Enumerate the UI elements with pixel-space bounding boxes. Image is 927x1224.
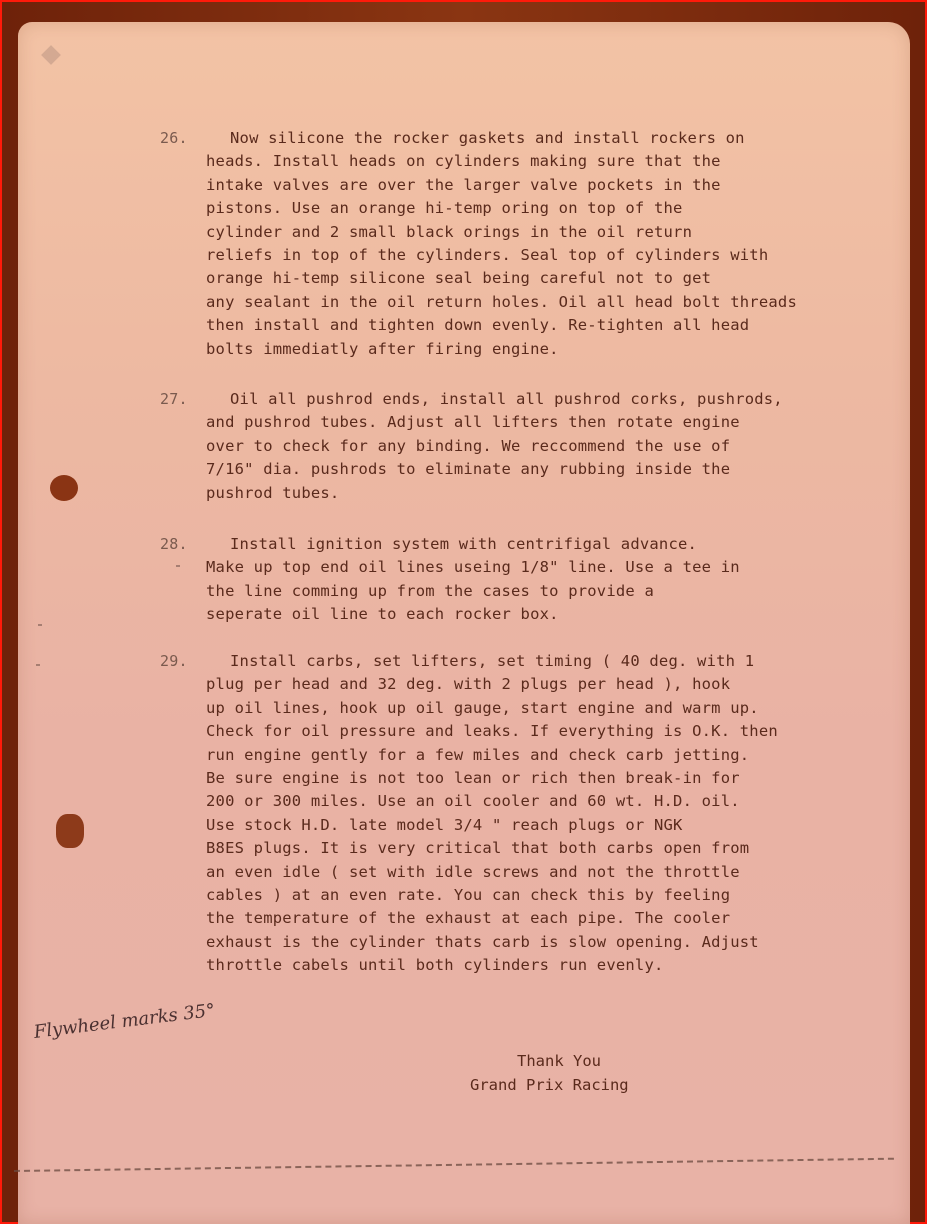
signoff-thanks: Thank You [517, 1052, 601, 1070]
text-line: Be sure engine is not too lean or rich t… [206, 767, 778, 790]
paper-speck [176, 565, 180, 567]
text-line: run engine gently for a few miles and ch… [206, 744, 778, 767]
step-number: 29. [160, 650, 188, 673]
text-line: and pushrod tubes. Adjust all lifters th… [206, 411, 783, 434]
text-line: cables ) at an even rate. You can check … [206, 884, 778, 907]
text-line: an even idle ( set with idle screws and … [206, 861, 778, 884]
text-line: reliefs in top of the cylinders. Seal to… [206, 244, 797, 267]
punch-hole [56, 814, 84, 848]
text-line: any sealant in the oil return holes. Oil… [206, 291, 797, 314]
text-line: intake valves are over the larger valve … [206, 174, 797, 197]
step-text: Now silicone the rocker gaskets and inst… [206, 127, 797, 361]
text-line: Make up top end oil lines useing 1/8" li… [206, 556, 740, 579]
paper-speck [38, 624, 42, 626]
signoff-company: Grand Prix Racing [470, 1076, 629, 1094]
text-line: plug per head and 32 deg. with 2 plugs p… [206, 673, 778, 696]
text-line: Oil all pushrod ends, install all pushro… [206, 388, 783, 411]
step-number: 26. [160, 127, 188, 150]
text-line: orange hi-temp silicone seal being caref… [206, 267, 797, 290]
text-line: Check for oil pressure and leaks. If eve… [206, 720, 778, 743]
text-line: over to check for any binding. We reccom… [206, 435, 783, 458]
text-line: up oil lines, hook up oil gauge, start e… [206, 697, 778, 720]
text-line: B8ES plugs. It is very critical that bot… [206, 837, 778, 860]
text-line: the temperature of the exhaust at each p… [206, 907, 778, 930]
text-line: exhaust is the cylinder thats carb is sl… [206, 931, 778, 954]
text-line: cylinder and 2 small black orings in the… [206, 221, 797, 244]
text-line: 200 or 300 miles. Use an oil cooler and … [206, 790, 778, 813]
step-text: Install carbs, set lifters, set timing (… [206, 650, 778, 978]
step-number: 28. [160, 533, 188, 556]
text-line: Now silicone the rocker gaskets and inst… [206, 127, 797, 150]
text-line: 7/16" dia. pushrods to eliminate any rub… [206, 458, 783, 481]
corner-crease [41, 45, 61, 65]
text-line: seperate oil line to each rocker box. [206, 603, 740, 626]
text-line: Install carbs, set lifters, set timing (… [206, 650, 778, 673]
text-line: throttle cabels until both cylinders run… [206, 954, 778, 977]
step-text: Install ignition system with centrifigal… [206, 533, 740, 627]
text-line: the line comming up from the cases to pr… [206, 580, 740, 603]
text-line: pistons. Use an orange hi-temp oring on … [206, 197, 797, 220]
text-line: then install and tighten down evenly. Re… [206, 314, 797, 337]
text-line: heads. Install heads on cylinders making… [206, 150, 797, 173]
text-line: Install ignition system with centrifigal… [206, 533, 740, 556]
step-text: Oil all pushrod ends, install all pushro… [206, 388, 783, 505]
text-line: Use stock H.D. late model 3/4 " reach pl… [206, 814, 778, 837]
paper-speck [36, 664, 40, 666]
step-number: 27. [160, 388, 188, 411]
text-line: bolts immediatly after firing engine. [206, 338, 797, 361]
text-line: pushrod tubes. [206, 482, 783, 505]
punch-hole [50, 475, 78, 501]
